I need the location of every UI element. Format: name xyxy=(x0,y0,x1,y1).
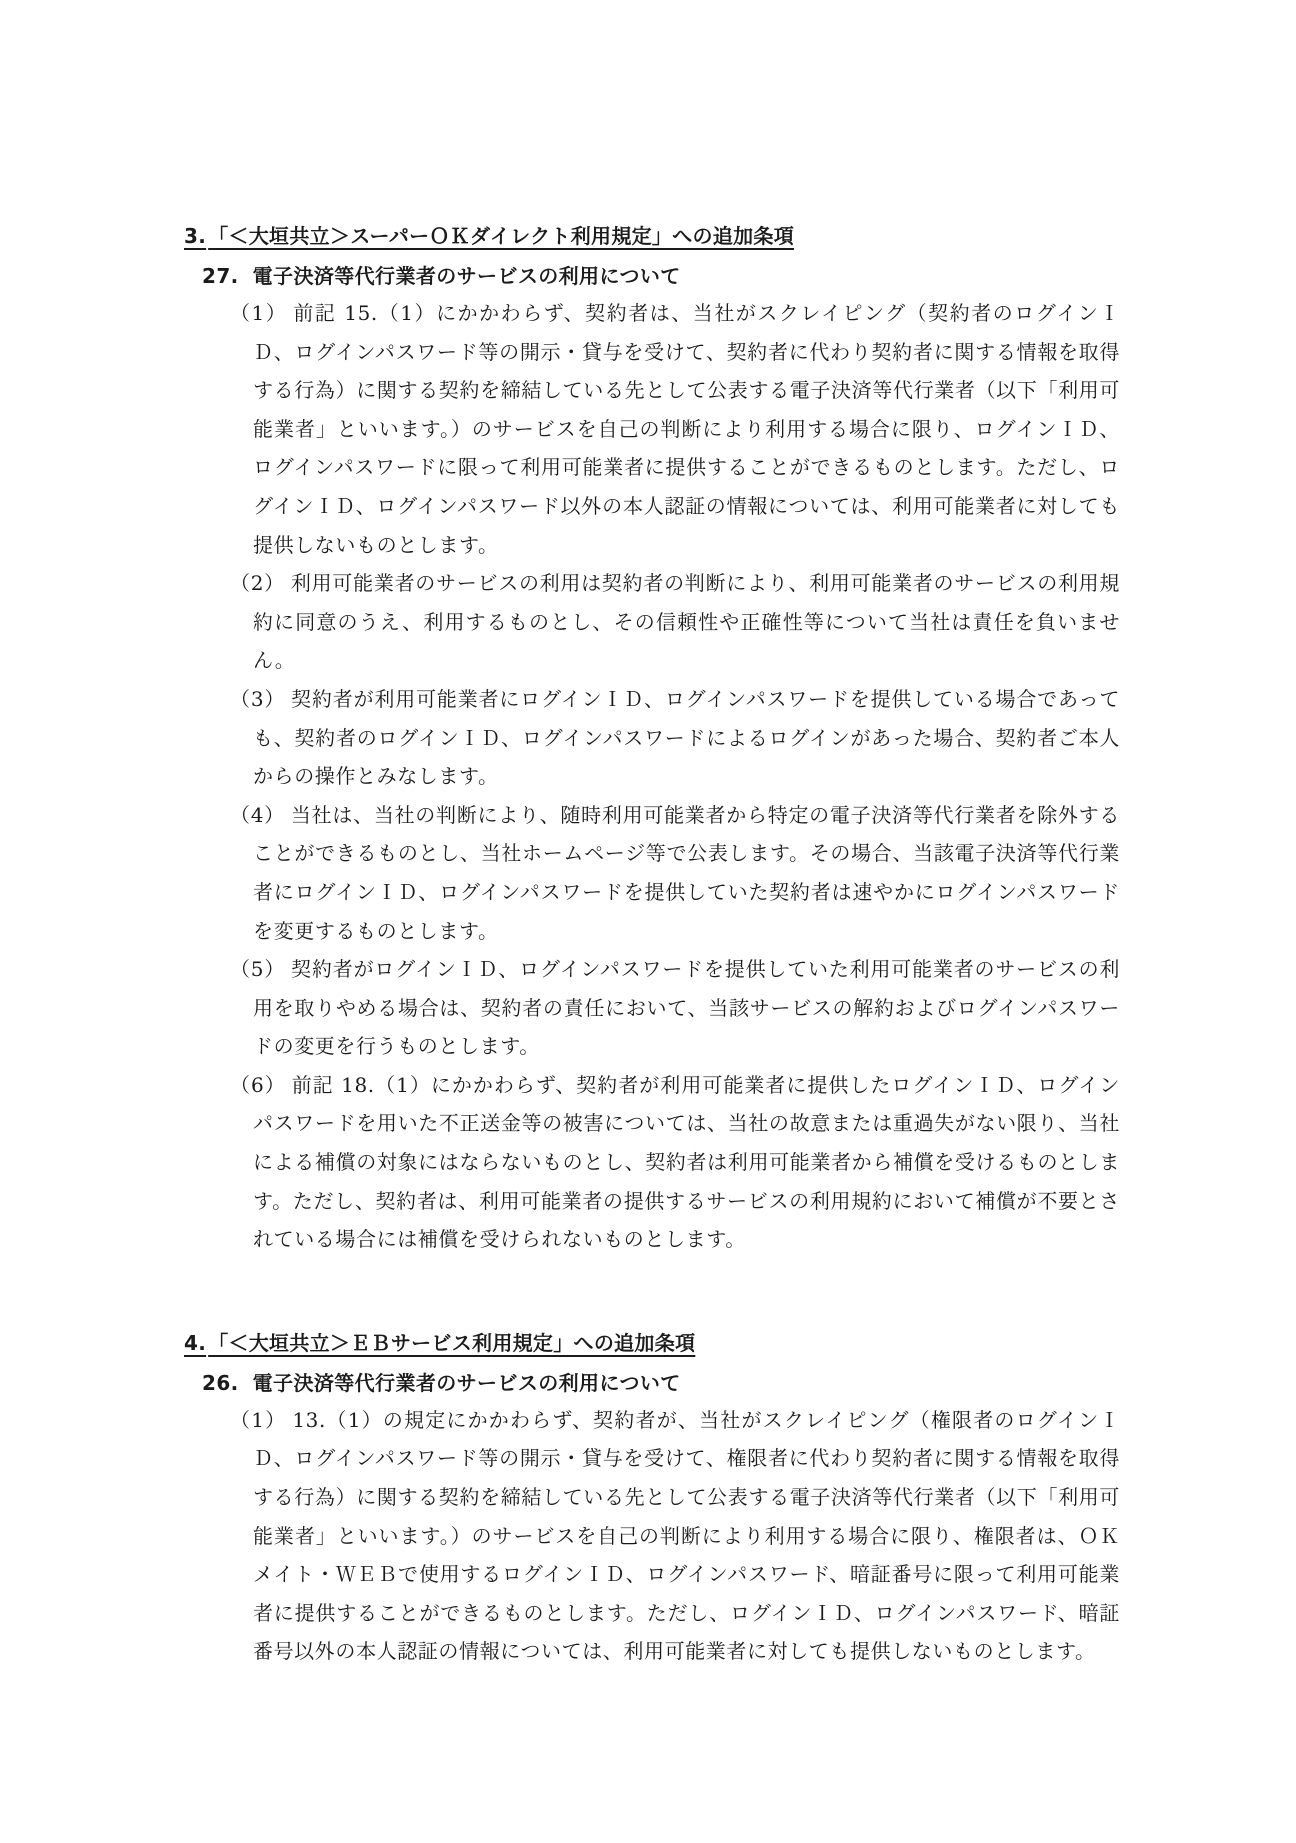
item-text: 契約者が利用可能業者にログインＩＤ、ログインパスワードを提供している場合であって… xyxy=(253,687,1120,788)
section-title-text: 「＜大垣共立＞スーパーＯＫダイレクト利用規定」への追加条項 xyxy=(208,224,794,248)
item-label: （5） xyxy=(230,957,285,981)
item-text: 13.（1）の規定にかかわらず、契約者が、当社がスクレイピング（権限者のログイン… xyxy=(253,1408,1120,1664)
clause-item-3: （3）契約者が利用可能業者にログインＩＤ、ログインパスワードを提供している場合で… xyxy=(230,680,1120,796)
clause-item-5: （5）契約者がログインＩＤ、ログインパスワードを提供していた利用可能業者のサービ… xyxy=(230,950,1120,1066)
clause-title-text: 電子決済等代行業者のサービスの利用について xyxy=(253,264,681,288)
clause-title-text: 電子決済等代行業者のサービスの利用について xyxy=(253,1371,681,1395)
item-text: 利用可能業者のサービスの利用は契約者の判断により、利用可能業者のサービスの利用規… xyxy=(253,571,1120,672)
clause-item-6: （6）前記 18.（1）にかかわらず、契約者が利用可能業者に提供したログインＩＤ… xyxy=(230,1066,1120,1259)
item-label: （3） xyxy=(230,687,285,711)
section-heading: 4.「＜大垣共立＞ＥＢサービス利用規定」への追加条項 xyxy=(184,1329,1136,1357)
item-label: （6） xyxy=(230,1073,286,1097)
clause-item-4: （4）当社は、当社の判断により、随時利用可能業者から特定の電子決済等代行業者を除… xyxy=(230,796,1120,950)
clause-number: 27. xyxy=(202,264,239,288)
item-label: （4） xyxy=(230,803,285,827)
clause-heading: 27.電子決済等代行業者のサービスの利用について xyxy=(202,262,1136,290)
document-page: 3.「＜大垣共立＞スーパーＯＫダイレクト利用規定」への追加条項 27.電子決済等… xyxy=(184,222,1136,1671)
item-text: 契約者がログインＩＤ、ログインパスワードを提供していた利用可能業者のサービスの利… xyxy=(253,957,1120,1058)
clause-item-1: （1）13.（1）の規定にかかわらず、契約者が、当社がスクレイピング（権限者のロ… xyxy=(230,1401,1120,1671)
clause-heading: 26.電子決済等代行業者のサービスの利用について xyxy=(202,1369,1136,1397)
section-heading: 3.「＜大垣共立＞スーパーＯＫダイレクト利用規定」への追加条項 xyxy=(184,222,1136,250)
item-text: 前記 15.（1）にかかわらず、契約者は、当社がスクレイピング（契約者のログイン… xyxy=(253,301,1120,557)
item-text: 当社は、当社の判断により、随時利用可能業者から特定の電子決済等代行業者を除外する… xyxy=(253,803,1120,943)
clause-number: 26. xyxy=(202,1371,239,1395)
clause-item-list: （1）前記 15.（1）にかかわらず、契約者は、当社がスクレイピング（契約者のロ… xyxy=(230,294,1120,1259)
item-label: （2） xyxy=(230,571,285,595)
section-number: 3. xyxy=(184,224,206,248)
section-number: 4. xyxy=(184,1331,206,1355)
item-label: （1） xyxy=(230,301,287,325)
item-label: （1） xyxy=(230,1408,286,1432)
item-text: 前記 18.（1）にかかわらず、契約者が利用可能業者に提供したログインＩＤ、ログ… xyxy=(253,1073,1120,1251)
clause-item-list: （1）13.（1）の規定にかかわらず、契約者が、当社がスクレイピング（権限者のロ… xyxy=(230,1401,1120,1671)
section-eb-service: 4.「＜大垣共立＞ＥＢサービス利用規定」への追加条項 26.電子決済等代行業者の… xyxy=(184,1329,1136,1671)
clause-item-2: （2）利用可能業者のサービスの利用は契約者の判断により、利用可能業者のサービスの… xyxy=(230,564,1120,680)
section-title-text: 「＜大垣共立＞ＥＢサービス利用規定」への追加条項 xyxy=(208,1331,695,1355)
clause-item-1: （1）前記 15.（1）にかかわらず、契約者は、当社がスクレイピング（契約者のロ… xyxy=(230,294,1120,564)
section-super-ok-direct: 3.「＜大垣共立＞スーパーＯＫダイレクト利用規定」への追加条項 27.電子決済等… xyxy=(184,222,1136,1259)
